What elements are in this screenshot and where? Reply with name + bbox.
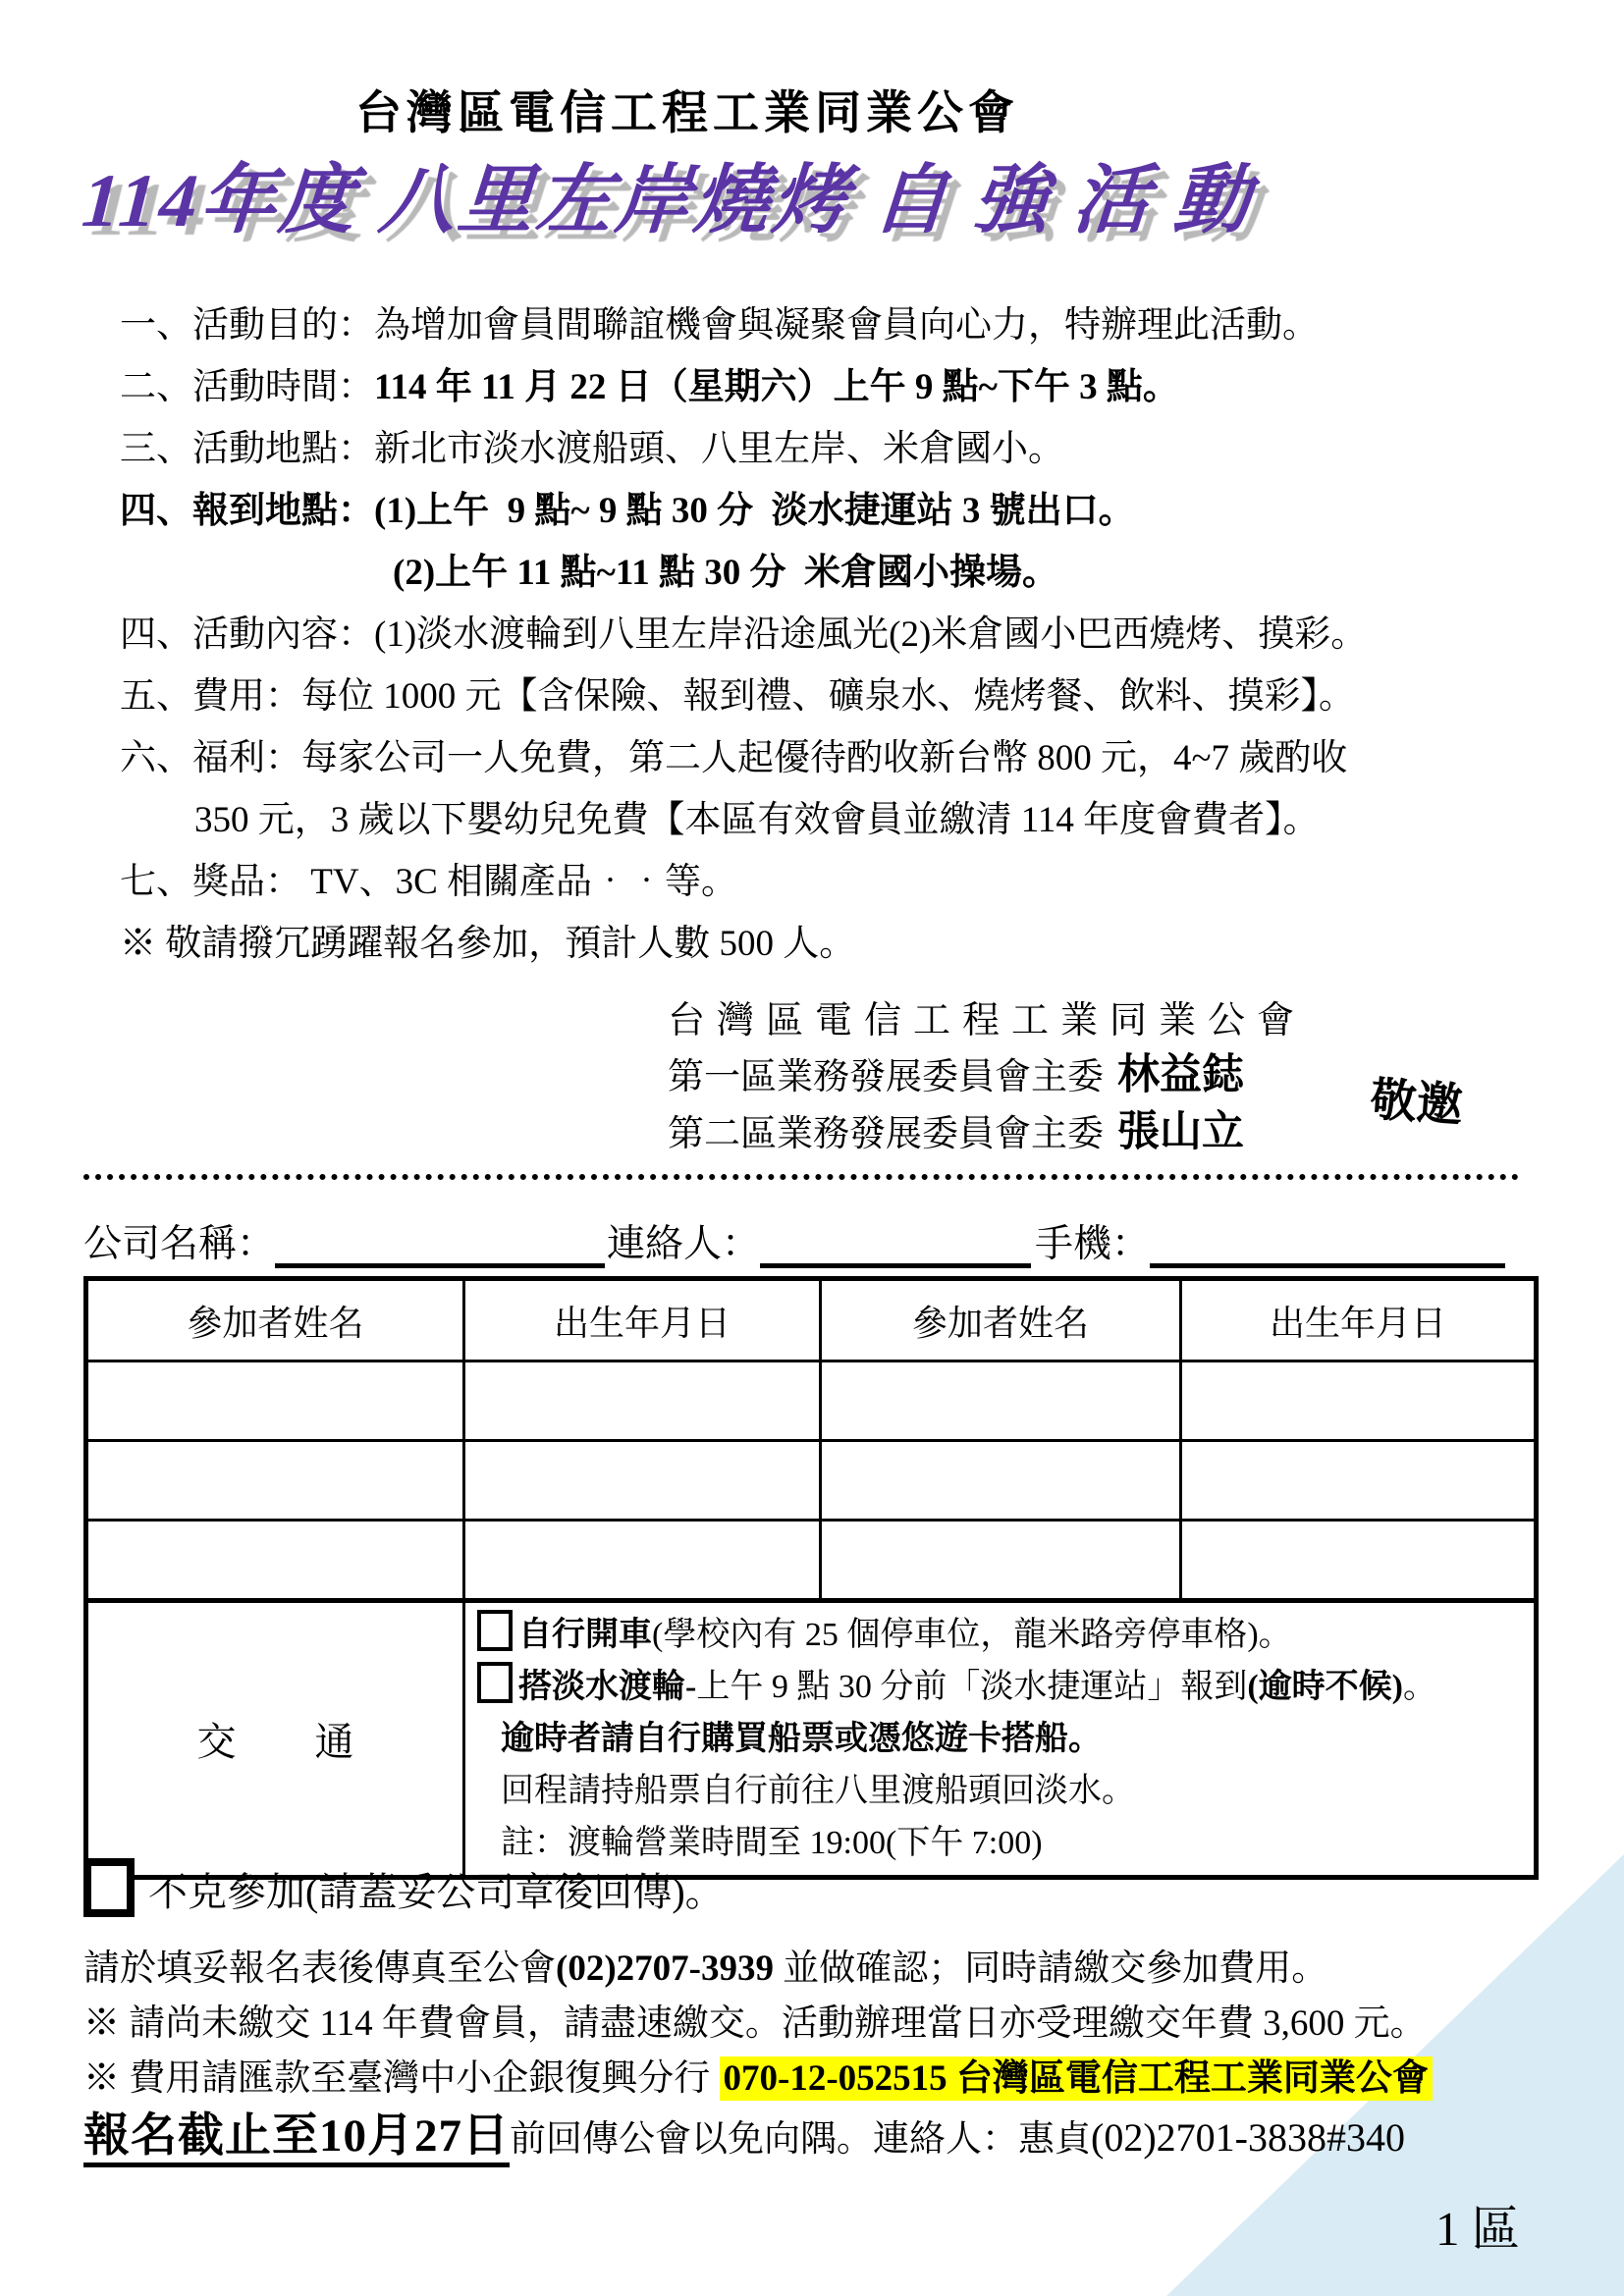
participant-cell[interactable] xyxy=(86,1521,464,1601)
item-label: 一、活動目的： xyxy=(120,305,374,346)
event-title: 114年度 八里左岸燒烤 自 強 活 動 xyxy=(55,139,1280,248)
transport-return-note: 回程請持船票自行前往八里渡船頭回淡水。 xyxy=(477,1765,1528,1817)
option-warning-bold: (逾時不候) xyxy=(1247,1669,1403,1705)
signature-row-2: 第二區業務發展委員會主委張山立 xyxy=(668,1105,1306,1162)
fax-post-text: 並做確認；同時請繳交參加費用。 xyxy=(774,1949,1327,1989)
transport-row: 交 通 自行開車(學校內有 25 個停車位，龍米路旁停車格)。 搭淡水渡輪-上午… xyxy=(86,1601,1537,1878)
item-text: 為增加會員間聯誼機會與凝聚會員向心力，特辦理此活動。 xyxy=(374,305,1319,346)
signature-row-1: 第一區業務發展委員會主委林益鋕 xyxy=(668,1048,1306,1105)
item-label: 三、活動地點： xyxy=(120,429,374,469)
column-header-participant-2: 參加者姓名 xyxy=(821,1279,1181,1362)
fax-pre-text: 請於填妥報名表後傳真至公會 xyxy=(83,1949,556,1989)
notice-item-benefit-2: 350 元，3 歲以下嬰幼兒免費【本區有效會員並繳清 114 年度會費者】。 xyxy=(120,789,1563,851)
deadline-rest-text: 前回傳公會以免向隅。連絡人：惠貞 xyxy=(510,2119,1091,2160)
notice-item-location: 三、活動地點：新北市淡水渡船頭、八里左岸、米倉國小。 xyxy=(120,418,1563,480)
membership-fee-note: ※ 請尚未繳交 114 年費會員，請盡速繳交。活動辦理當日亦受理繳交年費 3,6… xyxy=(83,1997,1566,2052)
mobile-field[interactable] xyxy=(1150,1220,1505,1268)
company-name-label: 公司名稱： xyxy=(83,1213,275,1268)
item-text: 新北市淡水渡船頭、八里左岸、米倉國小。 xyxy=(374,429,1064,469)
item-label: 五、費用： xyxy=(120,676,301,717)
item-text-bold: 114 年 11 月 22 日（星期六）上午 9 點~下午 3 點。 xyxy=(374,367,1179,407)
participant-cell[interactable] xyxy=(821,1521,1181,1601)
page-zone-number: 1 區 xyxy=(1435,2191,1520,2260)
transport-label: 交 通 xyxy=(86,1601,464,1878)
column-header-participant-1: 參加者姓名 xyxy=(86,1279,464,1362)
notice-item-prizes: 七、獎品： TV、3C 相關產品‧‧等。 xyxy=(120,851,1563,913)
column-header-birthdate-1: 出生年月日 xyxy=(464,1279,821,1362)
item-label: 四、活動內容： xyxy=(120,614,374,655)
transport-option-ferry: 搭淡水渡輪-上午 9 點 30 分前「淡水捷運站」報到(逾時不候)。 xyxy=(477,1661,1528,1713)
contact-form-line: 公司名稱：連絡人：手機： xyxy=(83,1213,1537,1268)
item-text: (1)淡水渡輪到八里左岸沿途風光(2)米倉國小巴西燒烤、摸彩。 xyxy=(374,614,1367,655)
birthdate-cell[interactable] xyxy=(1181,1521,1537,1601)
birthdate-cell[interactable] xyxy=(464,1521,821,1601)
decline-line: 不克參加(請蓋妥公司章後回傳)。 xyxy=(83,1858,725,1917)
transport-options-cell: 自行開車(學校內有 25 個停車位，龍米路旁停車格)。 搭淡水渡輪-上午 9 點… xyxy=(464,1601,1537,1878)
remittance-line: ※ 費用請匯款至臺灣中小企銀復興分行 070-12-052515 台灣區電信工程… xyxy=(83,2052,1566,2107)
remit-pre-text: ※ 費用請匯款至臺灣中小企銀復興分行 xyxy=(83,2058,720,2099)
signature-block: 台灣區電信工程工業同業公會 第一區業務發展委員會主委林益鋕 第二區業務發展委員會… xyxy=(668,993,1306,1162)
mobile-label: 手機： xyxy=(1035,1213,1150,1268)
notice-item-time: 二、活動時間：114 年 11 月 22 日（星期六）上午 9 點~下午 3 點… xyxy=(120,356,1563,418)
notice-note: ※ 敬請撥冗踴躍報名參加，預計人數 500 人。 xyxy=(120,913,1563,975)
option-label-bold: 自行開車 xyxy=(518,1617,652,1653)
notice-item-purpose: 一、活動目的：為增加會員間聯誼機會與凝聚會員向心力，特辦理此活動。 xyxy=(120,294,1563,356)
organization-title: 台灣區電信工程工業同業公會 xyxy=(196,77,1178,142)
fax-number: (02)2707-3939 xyxy=(556,1949,774,1989)
deadline-date-bold: 報名截止至10月27日 xyxy=(83,2110,510,2167)
participants-table: 參加者姓名 出生年月日 參加者姓名 出生年月日 xyxy=(83,1276,1539,1880)
deadline-line: 報名截止至10月27日前回傳公會以免向隅。連絡人：惠貞(02)2701-3838… xyxy=(83,2109,1566,2167)
item-text: 每位 1000 元【含保險、報到禮、礦泉水、燒烤餐、飲料、摸彩】。 xyxy=(301,676,1355,717)
participant-cell[interactable] xyxy=(821,1441,1181,1521)
fax-instruction-line: 請於填妥報名表後傳真至公會(02)2707-3939 並做確認；同時請繳交參加費… xyxy=(83,1942,1566,1997)
option-detail: 上午 9 點 30 分前「淡水捷運站」報到 xyxy=(696,1669,1247,1705)
registration-form-page: 台灣區電信工程工業同業公會 114年度 八里左岸燒烤 自 強 活 動 一、活動目… xyxy=(0,0,1624,2296)
notice-item-checkin-2: (2)上午 11 點~11 點 30 分 米倉國小操場。 xyxy=(120,542,1563,604)
birthdate-cell[interactable] xyxy=(1181,1362,1537,1441)
cut-dotted-line xyxy=(83,1174,1519,1180)
invite-label: 敬邀 xyxy=(1369,1063,1465,1135)
committee-title: 第二區業務發展委員會主委 xyxy=(668,1114,1104,1154)
notice-list: 一、活動目的：為增加會員間聯誼機會與凝聚會員向心力，特辦理此活動。 二、活動時間… xyxy=(120,294,1563,975)
birthdate-cell[interactable] xyxy=(464,1362,821,1441)
participant-cell[interactable] xyxy=(821,1362,1181,1441)
notice-item-checkin-1: 四、報到地點：(1)上午 9 點~ 9 點 30 分 淡水捷運站 3 號出口。 xyxy=(120,480,1563,542)
item-label: 二、活動時間： xyxy=(120,367,374,407)
table-header-row: 參加者姓名 出生年月日 參加者姓名 出生年月日 xyxy=(86,1279,1537,1362)
decline-text: 不克參加(請蓋妥公司章後回傳)。 xyxy=(148,1870,725,1914)
ferry-checkbox[interactable] xyxy=(477,1662,513,1703)
table-row xyxy=(86,1521,1537,1601)
notice-item-benefit-1: 六、福利：每家公司一人免費，第二人起優待酌收新台幣 800 元，4~7 歲酌收 xyxy=(120,727,1563,789)
company-name-field[interactable] xyxy=(275,1220,605,1268)
remit-account-highlight: 070-12-052515 台灣區電信工程工業同業公會 xyxy=(720,2056,1433,2101)
column-header-birthdate-2: 出生年月日 xyxy=(1181,1279,1537,1362)
notice-item-fee: 五、費用：每位 1000 元【含保險、報到禮、礦泉水、燒烤餐、飲料、摸彩】。 xyxy=(120,666,1563,727)
participant-cell[interactable] xyxy=(86,1362,464,1441)
chair-name: 林益鋕 xyxy=(1117,1052,1244,1098)
chair-name: 張山立 xyxy=(1117,1109,1244,1155)
participant-cell[interactable] xyxy=(86,1441,464,1521)
contact-person-field[interactable] xyxy=(760,1220,1031,1268)
option-label-bold: 搭淡水渡輪- xyxy=(518,1669,696,1705)
transport-late-note: 逾時者請自行購買船票或憑悠遊卡搭船。 xyxy=(477,1713,1528,1765)
table-row xyxy=(86,1362,1537,1441)
birthdate-cell[interactable] xyxy=(1181,1441,1537,1521)
drive-checkbox[interactable] xyxy=(477,1610,513,1651)
signature-org: 台灣區電信工程工業同業公會 xyxy=(668,993,1306,1048)
contact-person-label: 連絡人： xyxy=(607,1213,760,1268)
footer-notes: 請於填妥報名表後傳真至公會(02)2707-3939 並做確認；同時請繳交參加費… xyxy=(83,1942,1566,2167)
table-row xyxy=(86,1441,1537,1521)
contact-phone: (02)2701-3838#340 xyxy=(1091,2115,1405,2160)
committee-title: 第一區業務發展委員會主委 xyxy=(668,1057,1104,1097)
option-detail: 。 xyxy=(1403,1669,1436,1705)
transport-option-drive: 自行開車(學校內有 25 個停車位，龍米路旁停車格)。 xyxy=(477,1609,1528,1661)
birthdate-cell[interactable] xyxy=(464,1441,821,1521)
decline-checkbox[interactable] xyxy=(83,1858,135,1917)
option-detail: (學校內有 25 個停車位，龍米路旁停車格)。 xyxy=(652,1617,1292,1653)
notice-item-content: 四、活動內容：(1)淡水渡輪到八里左岸沿途風光(2)米倉國小巴西燒烤、摸彩。 xyxy=(120,604,1563,666)
